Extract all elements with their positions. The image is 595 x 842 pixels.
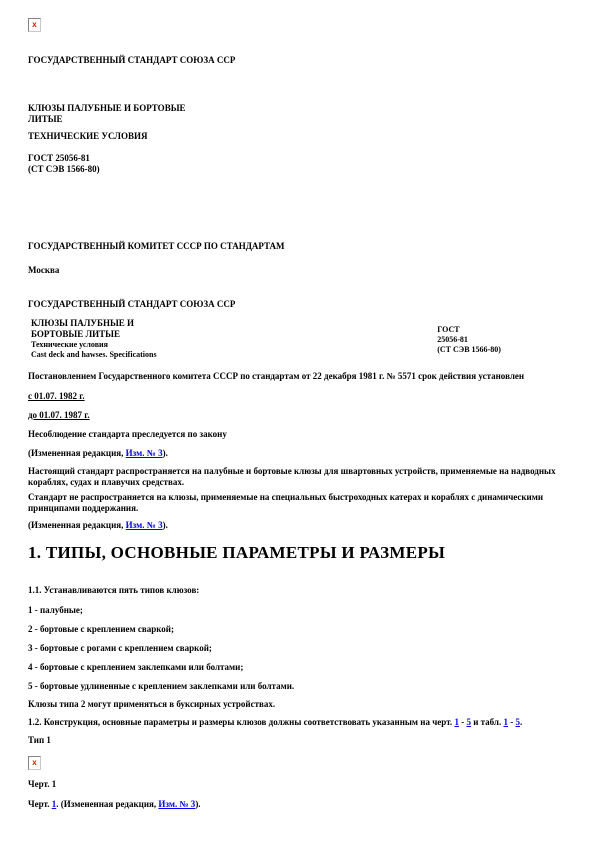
figure-amend-suffix: ). [195, 799, 200, 809]
type-2-note: Клюзы типа 2 могут применяться в буксирн… [28, 699, 567, 710]
standard-name-line2: БОРТОВЫЕ ЛИТЫЕ [31, 329, 437, 340]
document-page: x ГОСУДАРСТВЕННЫЙ СТАНДАРТ СОЮЗА ССР КЛЮ… [0, 0, 595, 842]
amendment-note-2: (Измененная редакция, Изм. № 3). [28, 520, 567, 531]
standard-code-line1: ГОСТ [437, 325, 567, 335]
section-1-heading: 1. ТИПЫ, ОСНОВНЫЕ ПАРАМЕТРЫ И РАЗМЕРЫ [28, 543, 567, 563]
standard-org-line: ГОСУДАРСТВЕННЫЙ СТАНДАРТ СОЮЗА ССР [28, 299, 567, 310]
standard-name-line1: КЛЮЗЫ ПАЛУБНЫЕ И [31, 318, 437, 329]
type-list-item-5: 5 - бортовые удлиненные с креплением зак… [28, 681, 567, 692]
amendment-prefix: (Измененная редакция, [28, 448, 126, 458]
type-list-item-3: 3 - бортовые с рогами с креплением сварк… [28, 643, 567, 654]
broken-image-icon: x [28, 756, 41, 770]
type-list-item-4: 4 - бортовые с креплением заклепками или… [28, 662, 567, 673]
amendment-izm3-link[interactable]: Изм. № 3 [126, 448, 163, 458]
figure-amend-prefix: Черт. [28, 799, 52, 809]
clause-1-2-suffix: . [520, 717, 522, 727]
type-1-label: Тип 1 [28, 735, 567, 746]
cover-title-line1: КЛЮЗЫ ПАЛУБНЫЕ И БОРТОВЫЕ [28, 103, 567, 114]
amendment-suffix: ). [163, 520, 168, 530]
valid-from-line: с 01.07. 1982 г. [28, 391, 567, 402]
figure-1-caption: Черт. 1 [28, 779, 567, 790]
figure-1-amendment-line: Черт. 1. (Измененная редакция, Изм. № 3)… [28, 799, 567, 810]
figure-amend-mid: . (Измененная редакция, [56, 799, 158, 809]
committee-line: ГОСУДАРСТВЕННЫЙ КОМИТЕТ СССР ПО СТАНДАРТ… [28, 241, 567, 252]
amendment-izm3-link[interactable]: Изм. № 3 [126, 520, 163, 530]
clause-1-2: 1.2. Конструкция, основные параметры и р… [28, 717, 567, 728]
standard-header-right: ГОСТ 25056-81 (СТ СЭВ 1566-80) [437, 318, 567, 360]
amendment-izm3-link[interactable]: Изм. № 3 [158, 799, 195, 809]
standard-subtitle-ru: Технические условия [31, 340, 437, 350]
broken-image-x-glyph: x [32, 21, 36, 29]
clause-1-2-mid: и табл. [471, 717, 504, 727]
cover-gost-number: ГОСТ 25056-81 [28, 153, 567, 164]
broken-image-icon: x [28, 18, 41, 32]
law-notice-line: Несоблюдение стандарта преследуется по з… [28, 429, 567, 440]
clause-1-2-prefix: 1.2. Конструкция, основные параметры и р… [28, 717, 454, 727]
scope-paragraph-1: Настоящий стандарт распространяется на п… [28, 466, 567, 488]
cover-org-line: ГОСУДАРСТВЕННЫЙ СТАНДАРТ СОЮЗА ССР [28, 55, 567, 66]
type-list-item-2: 2 - бортовые с креплением сваркой; [28, 624, 567, 635]
city-line: Москва [28, 265, 567, 276]
standard-code-line3: (СТ СЭВ 1566-80) [437, 345, 567, 355]
valid-to-line: до 01.07. 1987 г. [28, 410, 567, 421]
amendment-prefix: (Измененная редакция, [28, 520, 126, 530]
standard-header-left: КЛЮЗЫ ПАЛУБНЫЕ И БОРТОВЫЕ ЛИТЫЕ Техничес… [28, 318, 437, 360]
decree-paragraph: Постановлением Государственного комитета… [28, 371, 567, 382]
cover-title-line2: ЛИТЫЕ [28, 114, 567, 125]
standard-header-table: КЛЮЗЫ ПАЛУБНЫЕ И БОРТОВЫЕ ЛИТЫЕ Техничес… [28, 318, 567, 360]
cover-sev-number: (СТ СЭВ 1566-80) [28, 164, 567, 175]
clause-1-1: 1.1. Устанавливаются пять типов клюзов: [28, 585, 567, 596]
standard-subtitle-en: Cast deck and hawses. Specifications [31, 350, 437, 360]
type-list-item-1: 1 - палубные; [28, 605, 567, 616]
cover-subtitle: ТЕХНИЧЕСКИЕ УСЛОВИЯ [28, 131, 567, 142]
standard-code-line2: 25056-81 [437, 335, 567, 345]
broken-image-x-glyph: x [32, 759, 36, 767]
amendment-note-1: (Измененная редакция, Изм. № 3). [28, 448, 567, 459]
scope-paragraph-2: Стандарт не распространяется на клюзы, п… [28, 492, 567, 514]
amendment-suffix: ). [163, 448, 168, 458]
